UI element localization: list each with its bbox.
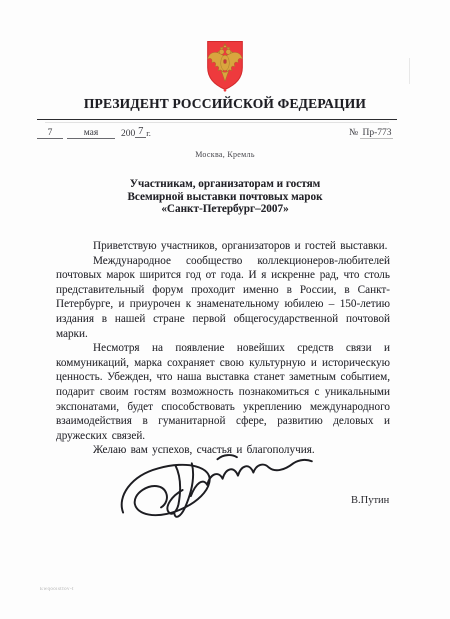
recipient-line-2: Всемирной выставки почтовых марок [0,191,450,204]
date-year-suffix: г. [146,128,151,138]
recipient-line-1: Участникам, организаторам и гостям [0,178,450,191]
document-number-value: Пр-773 [360,128,393,139]
recipient-block: Участникам, организаторам и гостям Всеми… [0,178,450,216]
document-number-label: № [349,128,358,138]
paragraph-greeting: Приветствую участников, организаторов и … [56,239,390,254]
signature-name: В.Путин [351,495,389,506]
document-number: № Пр-773 [349,128,393,139]
date-year-digit-handwritten: 7 [135,126,146,138]
putin-signature-icon [116,451,323,531]
date-day: 7 [37,128,63,139]
letterhead-rule [37,119,397,120]
footer-scan-mark: Ewqooistfov-t [40,587,74,592]
date-year-prefix: 200 [121,129,135,139]
date-number-line: 7 мая 2007г. № Пр-773 [0,128,450,144]
recipient-line-3: «Санкт-Петербург–2007» [0,203,450,216]
paragraph-stamp-value: Несмотря на появление новейших средств с… [56,341,390,443]
scan-artifact-line [45,122,389,123]
russia-coat-of-arms-icon [205,40,246,93]
paragraph-forum: Международное сообщество коллекционеров-… [56,254,390,342]
letterhead-title: ПРЕЗИДЕНТ РОССИЙСКОЙ ФЕДЕРАЦИИ [0,96,450,112]
letter-body: Приветствую участников, организаторов и … [56,239,390,458]
scan-artifact-mark [409,58,410,84]
letter-page: ПРЕЗИДЕНТ РОССИЙСКОЙ ФЕДЕРАЦИИ 7 мая 200… [0,0,450,619]
date-year: 2007г. [121,128,151,140]
place-line: Москва, Кремль [0,150,450,159]
date-month: мая [67,128,115,139]
